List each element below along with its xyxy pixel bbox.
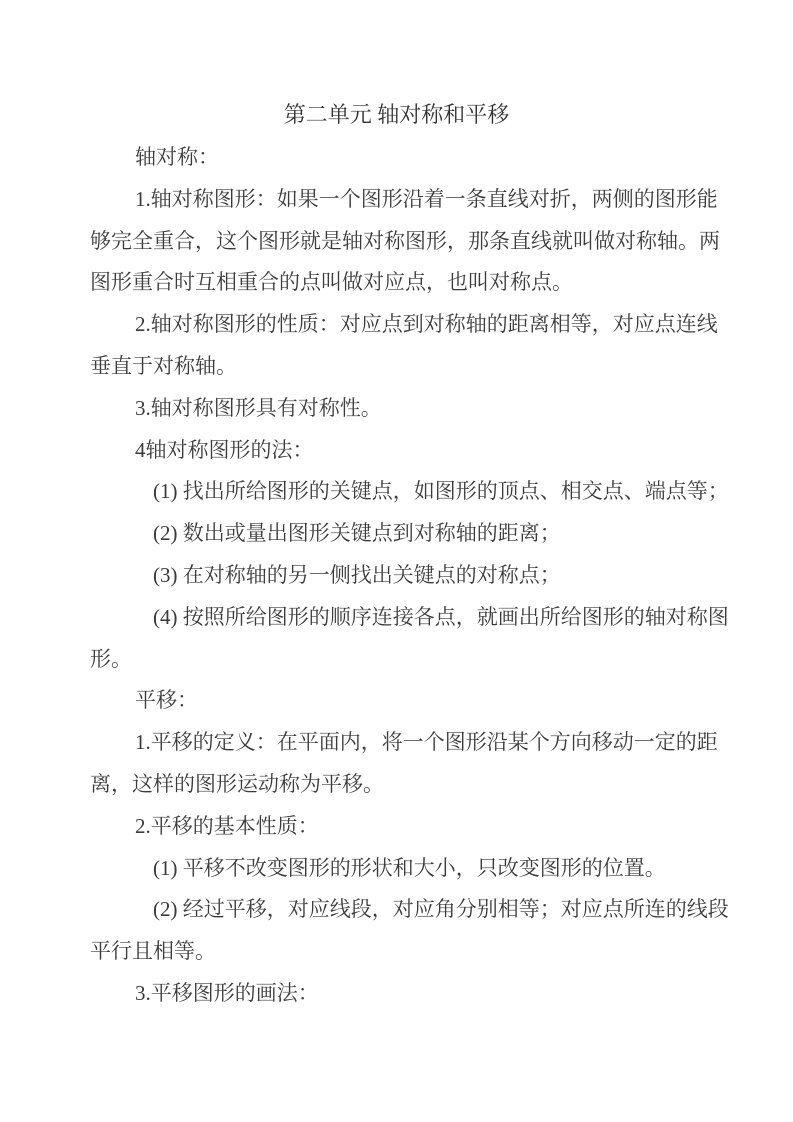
list-item-2-measure-distances: (2) 数出或量出图形关键点到对称轴的距离； [90, 513, 708, 555]
paragraph-translation-drawing-method-heading: 3.平移图形的画法： [90, 973, 708, 1015]
document-title: 第二单元 轴对称和平移 [0, 0, 793, 130]
paragraph-translation-properties-heading: 2.平移的基本性质： [90, 806, 708, 848]
list-item-1-find-key-points: (1) 找出所给图形的关键点，如图形的顶点、相交点、端点等； [90, 471, 708, 513]
paragraph-translation-definition: 1.平移的定义：在平面内，将一个图形沿某个方向移动一定的距 离，这样的图形运动称… [90, 722, 708, 806]
paragraph-translation-heading: 平移： [90, 680, 708, 722]
document-page: 第二单元 轴对称和平移 轴对称： 1.轴对称图形：如果一个图形沿着一条直线对折，… [0, 0, 793, 1122]
list-item-2-translation-segments-equal: (2) 经过平移，对应线段，对应角分别相等；对应点所连的线段 平行且相等。 [90, 889, 708, 973]
list-item-3-find-symmetric-points: (3) 在对称轴的另一侧找出关键点的对称点； [90, 555, 708, 597]
list-item-4-connect-points: (4) 按照所给图形的顺序连接各点，就画出所给图形的轴对称图 形。 [90, 597, 708, 681]
paragraph-axisymmetric-drawing-method-heading: 4轴对称图形的法： [90, 430, 708, 472]
paragraph-axisymmetric-figure-definition: 1.轴对称图形：如果一个图形沿着一条直线对折，两侧的图形能 够完全重合，这个图形… [90, 179, 708, 304]
paragraph-axisymmetry-heading: 轴对称： [90, 137, 708, 179]
paragraph-axisymmetric-has-symmetry: 3.轴对称图形具有对称性。 [90, 388, 708, 430]
list-item-1-translation-shape-unchanged: (1) 平移不改变图形的形状和大小，只改变图形的位置。 [90, 848, 708, 890]
paragraph-axisymmetric-properties: 2.轴对称图形的性质：对应点到对称轴的距离相等，对应点连线 垂直于对称轴。 [90, 304, 708, 388]
document-body: 轴对称： 1.轴对称图形：如果一个图形沿着一条直线对折，两侧的图形能 够完全重合… [0, 130, 793, 1015]
